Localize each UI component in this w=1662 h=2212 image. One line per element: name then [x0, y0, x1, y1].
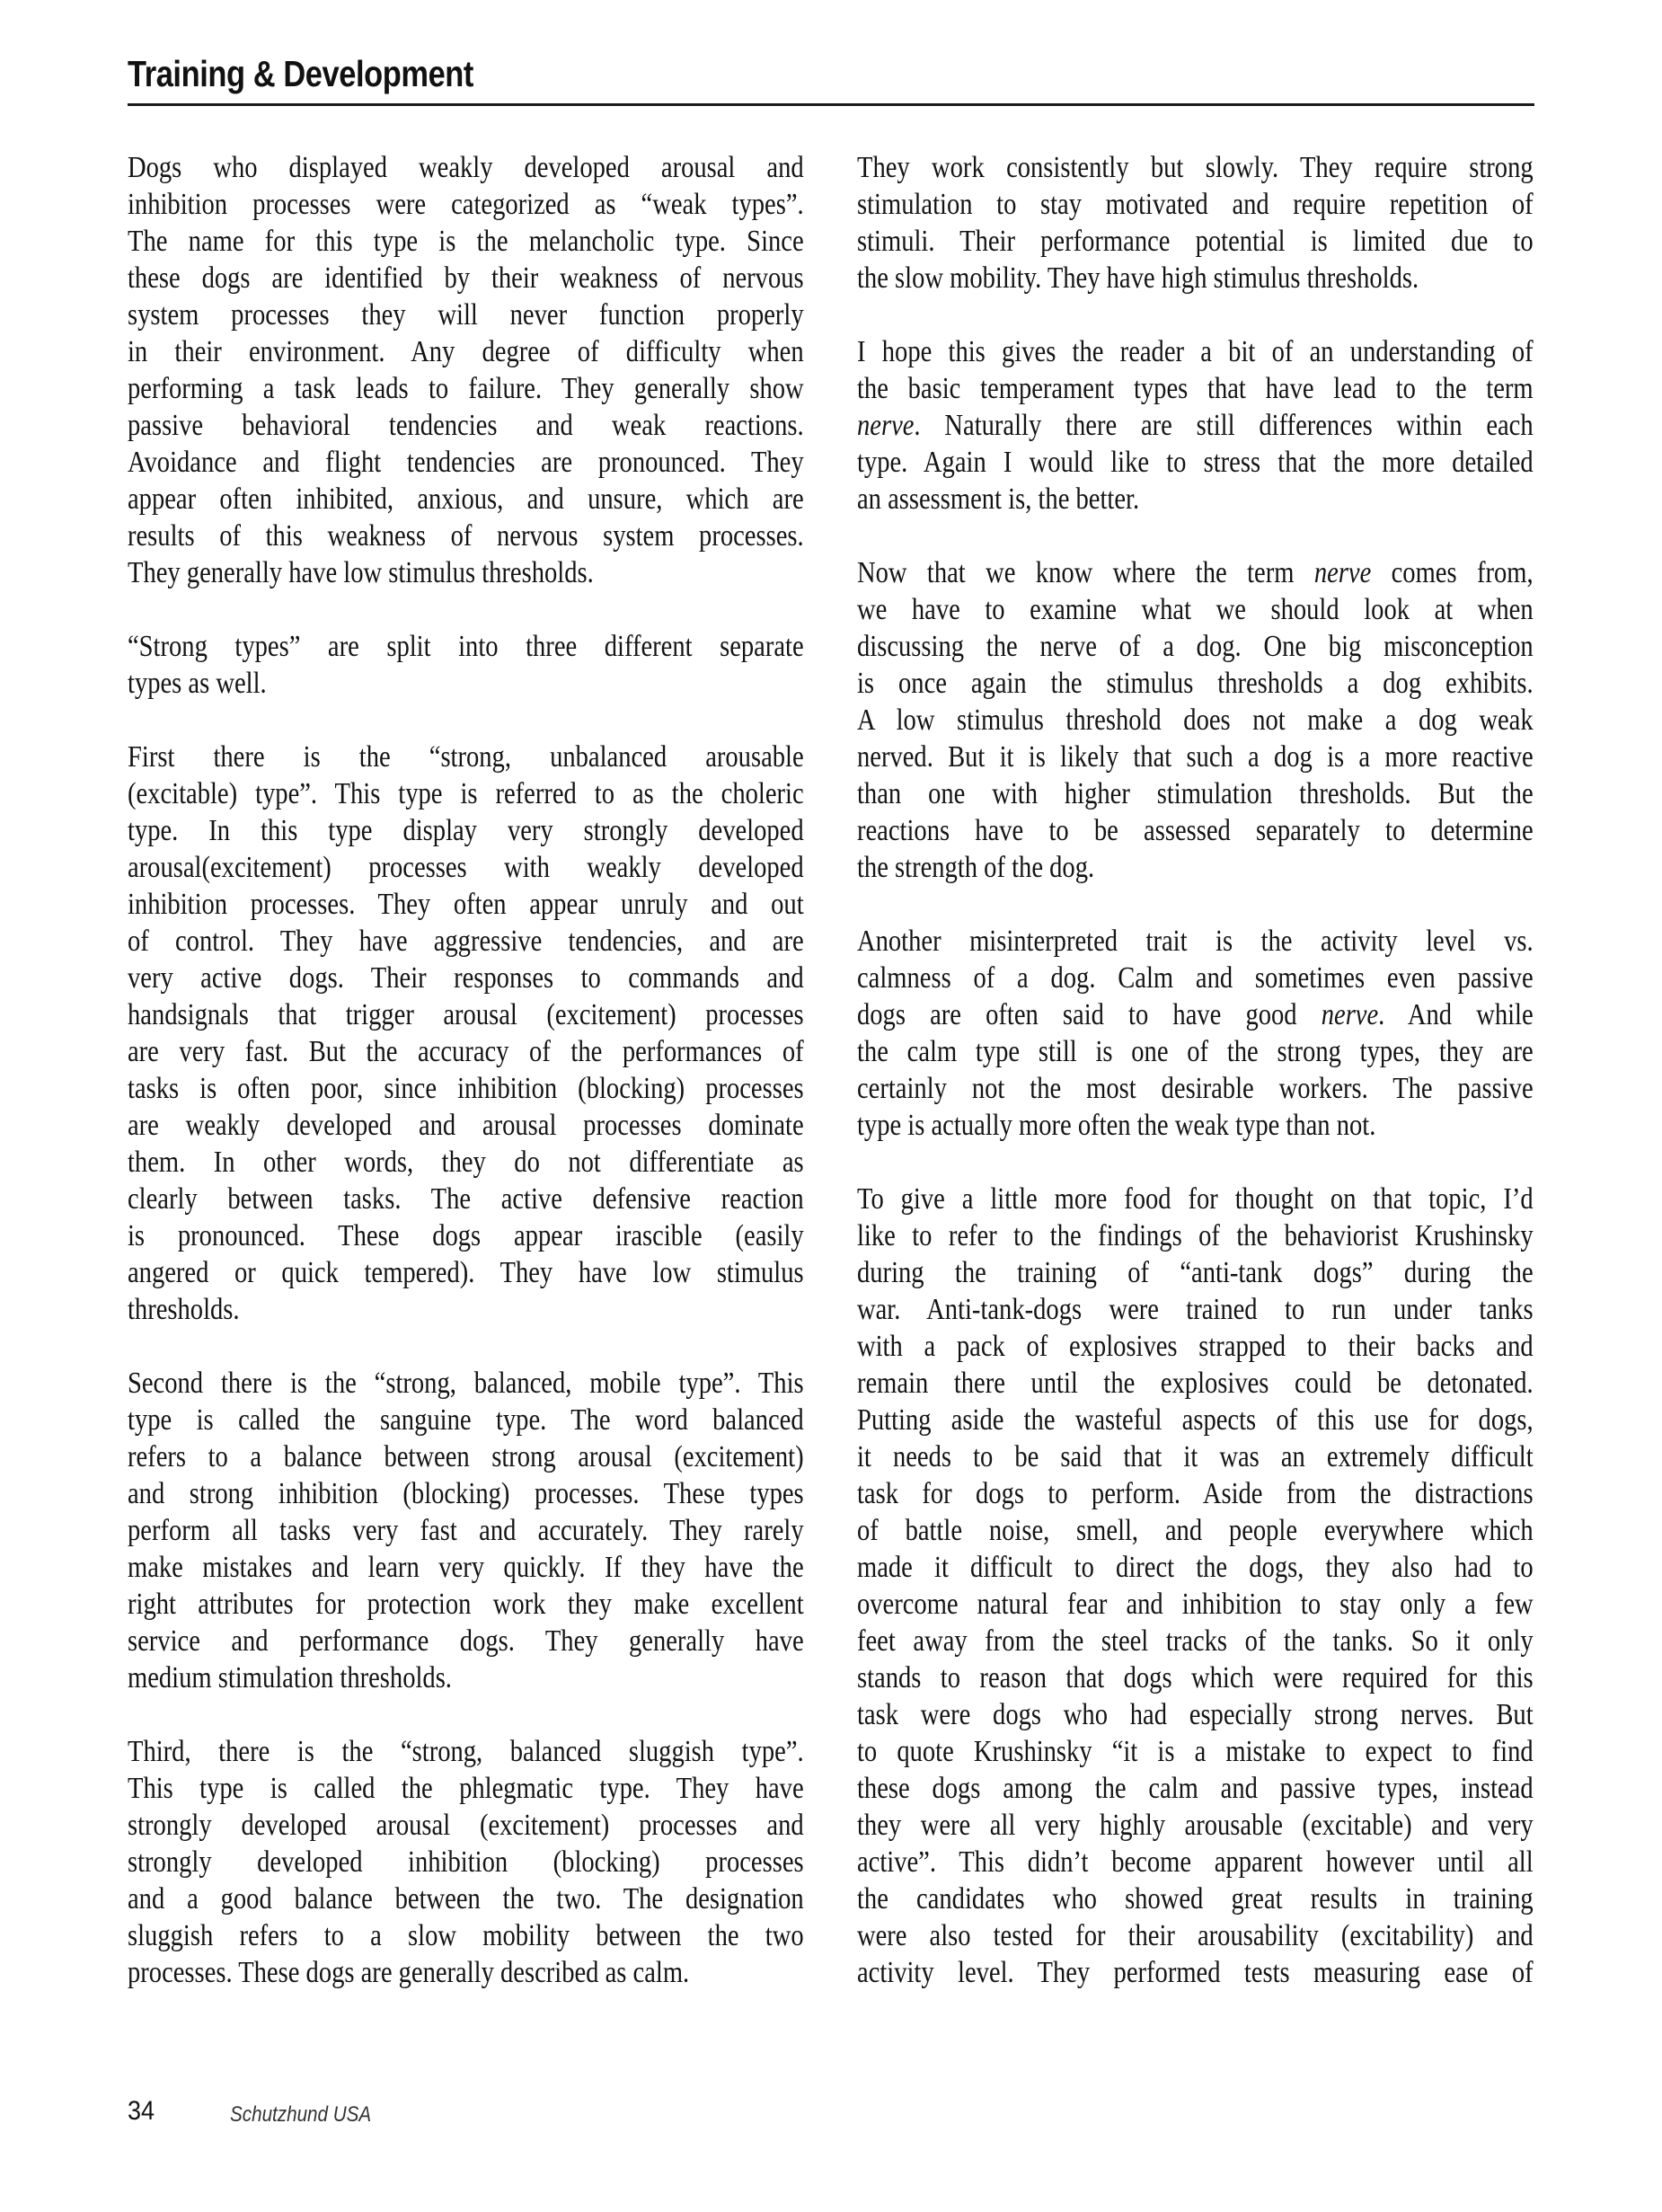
text-line: This type is called the phlegmatic type.… [128, 1770, 804, 1807]
text-line: overcome natural fear and inhibition to … [857, 1586, 1534, 1623]
article-column-right: They work consistently but slowly. They … [857, 149, 1534, 1991]
text-line: perform all tasks very fast and accurate… [128, 1512, 804, 1549]
text-line: stimulation to stay motivated and requir… [857, 186, 1534, 223]
text-line: system processes they will never functio… [128, 296, 804, 333]
text-line: nerved. But it is likely that such a dog… [857, 739, 1534, 775]
text-line: Now that we know where the term nerve co… [857, 554, 1534, 591]
text-line: tasks is often poor, since inhibition (b… [128, 1070, 804, 1107]
text-line: type is called the sanguine type. The wo… [128, 1402, 804, 1438]
text-line: the basic temperament types that have le… [857, 370, 1534, 407]
text-line: First there is the “strong, unbalanced a… [128, 739, 804, 775]
paragraph-gap [128, 702, 804, 739]
text-line: of battle noise, smell, and people every… [857, 1512, 1534, 1549]
text-line: Second there is the “strong, balanced, m… [128, 1365, 804, 1402]
text-line: types as well. [128, 665, 804, 702]
text-line: (excitable) type”. This type is referred… [128, 775, 804, 812]
emphasis-term: nerve [857, 409, 914, 442]
paragraph-gap [128, 1696, 804, 1733]
text-line: discussing the nerve of a dog. One big m… [857, 628, 1534, 665]
text-line: these dogs are identified by their weakn… [128, 260, 804, 296]
publication-name: Schutzhund USA [230, 2101, 371, 2128]
text-line: medium stimulation thresholds. [128, 1659, 804, 1696]
text-line: war. Anti-tank-dogs were trained to run … [857, 1291, 1534, 1328]
text-line: inhibition processes were categorized as… [128, 186, 804, 223]
text-line: and strong inhibition (blocking) process… [128, 1475, 804, 1512]
text-line: are very fast. But the accuracy of the p… [128, 1033, 804, 1070]
paragraph-gap [857, 1144, 1534, 1181]
text-line: right attributes for protection work the… [128, 1586, 804, 1623]
text-line: and a good balance between the two. The … [128, 1880, 804, 1917]
text-line: I hope this gives the reader a bit of an… [857, 333, 1534, 370]
text-line: passive behavioral tendencies and weak r… [128, 407, 804, 444]
text-line: make mistakes and learn very quickly. If… [128, 1549, 804, 1586]
text-line: inhibition processes. They often appear … [128, 886, 804, 923]
text-line: stimuli. Their performance potential is … [857, 223, 1534, 260]
text-line: To give a little more food for thought o… [857, 1181, 1534, 1217]
text-line: performing a task leads to failure. They… [128, 370, 804, 407]
text-line: nerve. Naturally there are still differe… [857, 407, 1534, 444]
text-line: Avoidance and flight tendencies are pron… [128, 444, 804, 481]
text-line: of control. They have aggressive tendenc… [128, 923, 804, 960]
paragraph-gap [128, 591, 804, 628]
emphasis-term: nerve [1322, 998, 1378, 1031]
text-line: calmness of a dog. Calm and sometimes ev… [857, 960, 1534, 996]
text-line: task were dogs who had especially strong… [857, 1696, 1534, 1733]
text-line: arousal(excitement) processes with weakl… [128, 849, 804, 886]
text-line: Third, there is the “strong, balanced sl… [128, 1733, 804, 1770]
text-line: the slow mobility. They have high stimul… [857, 260, 1534, 296]
text-line: active”. This didn’t become apparent how… [857, 1844, 1534, 1880]
text-line: clearly between tasks. The active defens… [128, 1181, 804, 1217]
text-line: Dogs who displayed weakly developed arou… [128, 149, 804, 186]
text-line: “Strong types” are split into three diff… [128, 628, 804, 665]
section-title: Training & Development [128, 52, 473, 95]
text-line: feet away from the steel tracks of the t… [857, 1623, 1534, 1659]
text-line: type. In this type display very strongly… [128, 812, 804, 849]
header-rule [128, 103, 1534, 106]
text-line: Another misinterpreted trait is the acti… [857, 923, 1534, 960]
page-number: 34 [128, 2095, 155, 2128]
text-line: these dogs among the calm and passive ty… [857, 1770, 1534, 1807]
emphasis-term: nerve [1314, 556, 1371, 589]
text-line: stands to reason that dogs which were re… [857, 1659, 1534, 1696]
paragraph-gap [857, 886, 1534, 923]
text-line: the candidates who showed great results … [857, 1880, 1534, 1917]
text-line: refers to a balance between strong arous… [128, 1438, 804, 1475]
text-line: results of this weakness of nervous syst… [128, 518, 804, 554]
text-line: processes. These dogs are generally desc… [128, 1954, 804, 1991]
text-line: activity level. They performed tests mea… [857, 1954, 1534, 1991]
text-line: They work consistently but slowly. They … [857, 149, 1534, 186]
text-line: than one with higher stimulation thresho… [857, 775, 1534, 812]
text-line: The name for this type is the melancholi… [128, 223, 804, 260]
text-line: were also tested for their arousability … [857, 1917, 1534, 1954]
text-line: in their environment. Any degree of diff… [128, 333, 804, 370]
text-line: sluggish refers to a slow mobility betwe… [128, 1917, 804, 1954]
paragraph-gap [857, 296, 1534, 333]
text-line: service and performance dogs. They gener… [128, 1623, 804, 1659]
text-line: remain there until the explosives could … [857, 1365, 1534, 1402]
text-line: type. Again I would like to stress that … [857, 444, 1534, 481]
paragraph-gap [857, 518, 1534, 554]
text-line: A low stimulus threshold does not make a… [857, 702, 1534, 739]
text-line: very active dogs. Their responses to com… [128, 960, 804, 996]
text-line: to quote Krushinsky “it is a mistake to … [857, 1733, 1534, 1770]
text-line: with a pack of explosives strapped to th… [857, 1328, 1534, 1365]
text-line: is pronounced. These dogs appear irascib… [128, 1217, 804, 1254]
text-line: the strength of the dog. [857, 849, 1534, 886]
text-line: thresholds. [128, 1291, 804, 1328]
text-line: reactions have to be assessed separately… [857, 812, 1534, 849]
text-line: strongly developed arousal (excitement) … [128, 1807, 804, 1844]
text-line: an assessment is, the better. [857, 481, 1534, 518]
text-line: them. In other words, they do not differ… [128, 1144, 804, 1181]
text-line: Putting aside the wasteful aspects of th… [857, 1402, 1534, 1438]
text-line: it needs to be said that it was an extre… [857, 1438, 1534, 1475]
text-line: the calm type still is one of the strong… [857, 1033, 1534, 1070]
text-line: angered or quick tempered). They have lo… [128, 1254, 804, 1291]
text-line: certainly not the most desirable workers… [857, 1070, 1534, 1107]
text-line: handsignals that trigger arousal (excite… [128, 996, 804, 1033]
text-line: they were all very highly arousable (exc… [857, 1807, 1534, 1844]
text-line: strongly developed inhibition (blocking)… [128, 1844, 804, 1880]
text-line: we have to examine what we should look a… [857, 591, 1534, 628]
text-line: made it difficult to direct the dogs, th… [857, 1549, 1534, 1586]
text-line: They generally have low stimulus thresho… [128, 554, 804, 591]
text-line: during the training of “anti-tank dogs” … [857, 1254, 1534, 1291]
text-line: type is actually more often the weak typ… [857, 1107, 1534, 1144]
text-line: like to refer to the findings of the beh… [857, 1217, 1534, 1254]
text-line: appear often inhibited, anxious, and uns… [128, 481, 804, 518]
text-line: is once again the stimulus thresholds a … [857, 665, 1534, 702]
text-line: are weakly developed and arousal process… [128, 1107, 804, 1144]
text-line: dogs are often said to have good nerve. … [857, 996, 1534, 1033]
text-line: task for dogs to perform. Aside from the… [857, 1475, 1534, 1512]
article-column-left: Dogs who displayed weakly developed arou… [128, 149, 804, 1991]
paragraph-gap [128, 1328, 804, 1365]
